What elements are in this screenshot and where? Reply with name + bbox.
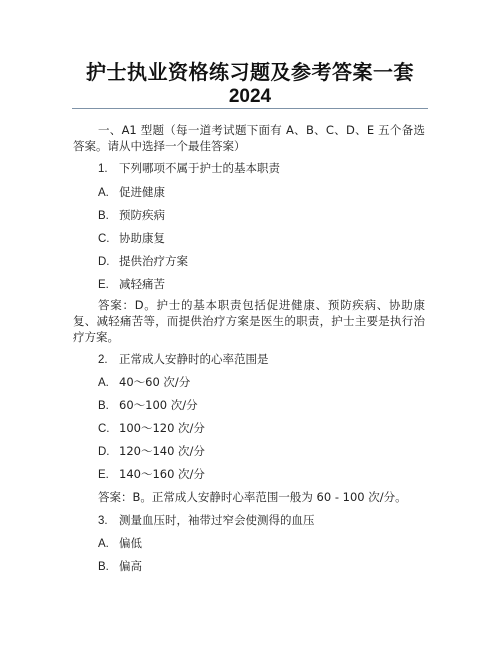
option-label: B. [98,208,113,224]
document-title: 护士执业资格练习题及参考答案一套 [72,60,428,84]
option-text: 提供治疗方案 [119,254,188,268]
question-1-answer: 答案：D。护士的基本职责包括促进健康、预防疾病、协助康复、减轻痛苦等，而提供治疗… [73,297,425,345]
option-text: 140～160 次/分 [119,467,205,481]
option-label: B. [98,559,113,575]
option-text: 120～140 次/分 [119,444,205,458]
option-text: 促进健康 [119,185,165,199]
option-label: D. [98,254,113,270]
question-1-stem: 1.下列哪项不属于护士的基本职责 [98,160,280,177]
question-number: 3. [98,513,113,529]
option-label: E. [98,277,113,293]
question-number: 1. [98,161,113,177]
option-text: 60～100 次/分 [119,398,198,412]
option-text: 偏高 [119,559,142,573]
question-2-answer: 答案：B。正常成人安静时心率范围一般为 60 - 100 次/分。 [98,489,407,505]
option-text: 减轻痛苦 [119,277,165,291]
option-text: 偏低 [119,536,142,550]
document-title-year: 2024 [72,86,428,108]
option-label: D. [98,444,113,460]
option-label: A. [98,375,113,391]
option-text: 100～120 次/分 [119,421,205,435]
option-label: C. [98,421,113,437]
option-label: A. [98,185,113,201]
option-label: A. [98,536,113,552]
question-text: 测量血压时，袖带过窄会使测得的血压 [119,513,315,527]
section-intro: 一、A1 型题（每一道考试题下面有 A、B、C、D、E 五个备选答案。请从中选择… [73,122,425,154]
question-2-option-d: D.120～140 次/分 [98,443,205,460]
document-page: 护士执业资格练习题及参考答案一套 2024 一、A1 型题（每一道考试题下面有 … [0,0,500,647]
question-3-stem: 3.测量血压时，袖带过窄会使测得的血压 [98,512,315,529]
question-1-option-e: E.减轻痛苦 [98,276,165,293]
question-2-option-a: A.40～60 次/分 [98,374,190,391]
option-text: 协助康复 [119,231,165,245]
question-text: 正常成人安静时的心率范围是 [119,352,269,366]
question-1-option-b: B.预防疾病 [98,207,165,224]
question-3-option-a: A.偏低 [98,535,142,552]
question-1-option-d: D.提供治疗方案 [98,253,188,270]
question-2-option-c: C.100～120 次/分 [98,420,205,437]
question-3-option-b: B.偏高 [98,558,142,575]
question-1-option-a: A.促进健康 [98,184,165,201]
question-1-option-c: C.协助康复 [98,230,165,247]
question-text: 下列哪项不属于护士的基本职责 [119,161,280,175]
option-text: 预防疾病 [119,208,165,222]
question-2-option-e: E.140～160 次/分 [98,466,205,483]
question-2-stem: 2.正常成人安静时的心率范围是 [98,351,269,368]
option-label: C. [98,231,113,247]
question-2-option-b: B.60～100 次/分 [98,397,198,414]
option-text: 40～60 次/分 [119,375,190,389]
option-label: E. [98,467,113,483]
option-label: B. [98,398,113,414]
title-divider [72,108,428,109]
question-number: 2. [98,352,113,368]
